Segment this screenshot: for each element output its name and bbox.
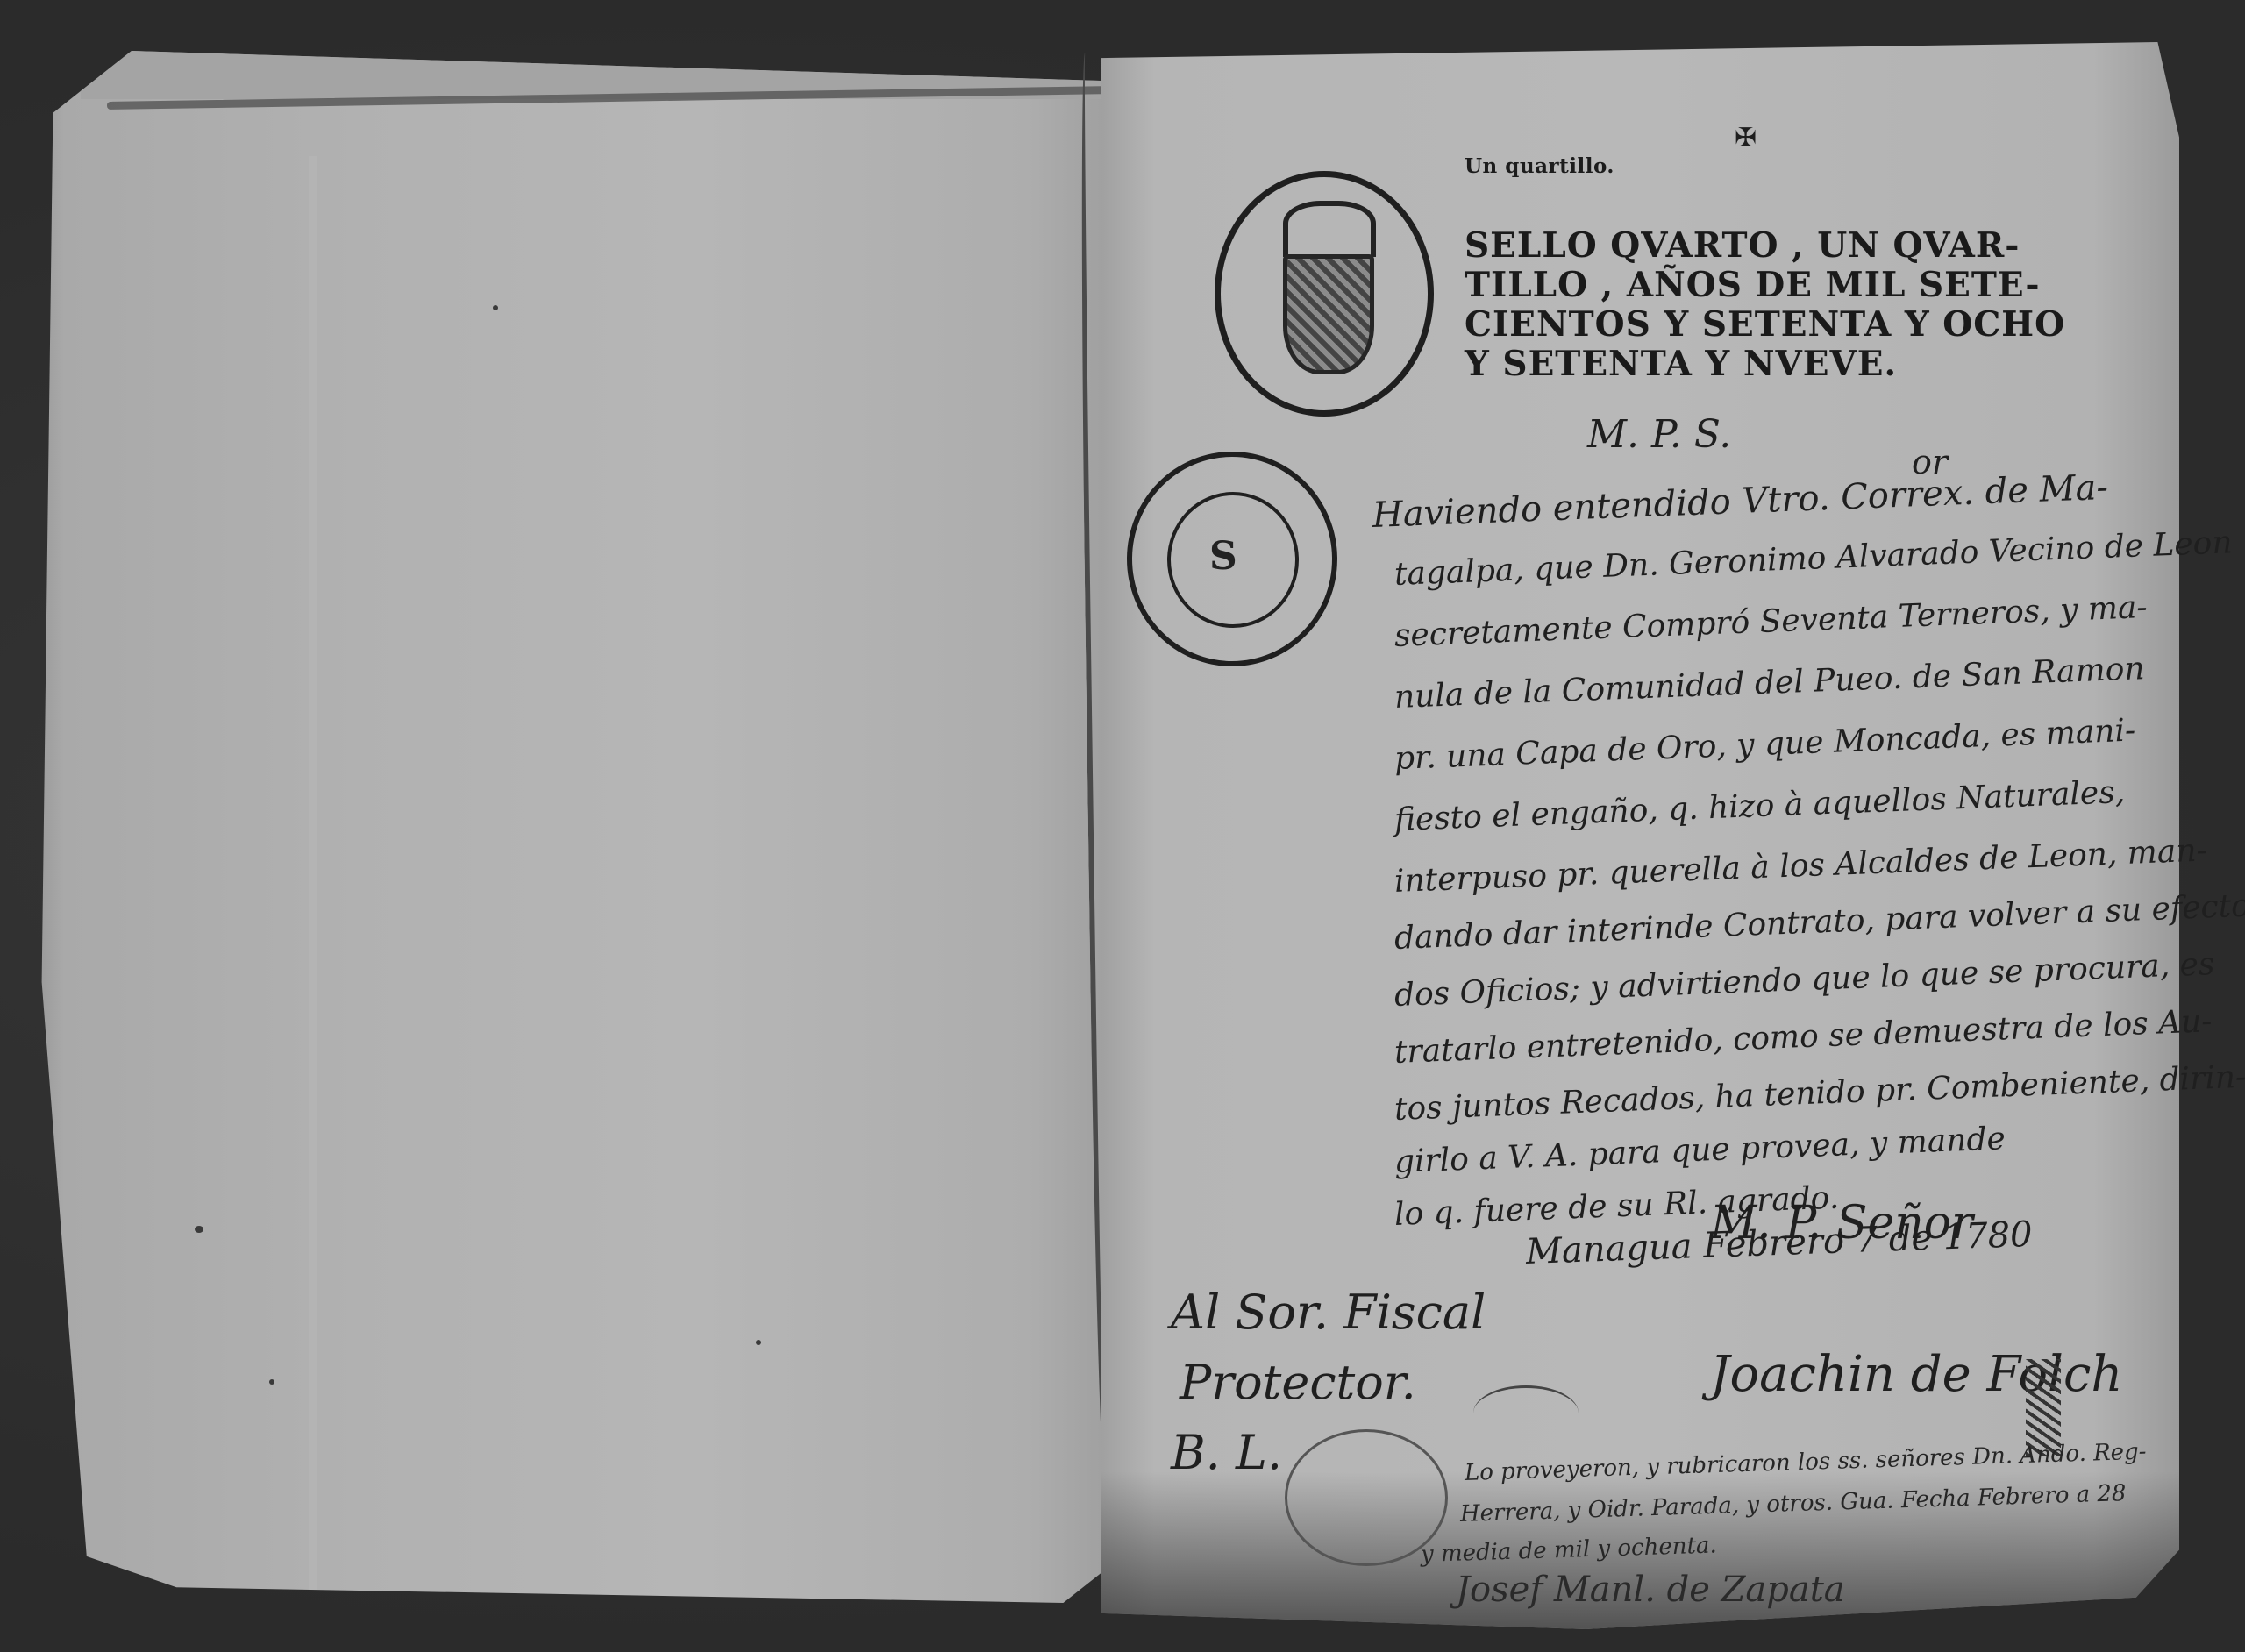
stamp-line: CIENTOS Y SETENTA Y OCHO <box>1465 305 2131 345</box>
stamp-line: SELLO QVARTO , UN QVAR- <box>1465 226 2131 266</box>
habilitation-seal-center: S <box>1209 534 1237 579</box>
crown-icon <box>1283 201 1376 258</box>
left-page-crease <box>309 156 317 1594</box>
margin-rubric: B. L. <box>1171 1425 1282 1480</box>
stamp-line: Y SETENTA Y NVEVE. <box>1465 345 2131 384</box>
stamp-heading: Un quartillo. <box>1465 154 1921 178</box>
ink-speck <box>195 1226 203 1233</box>
decree-signature: Josef Manl. de Zapata <box>1456 1570 1845 1610</box>
habilitation-seal: S <box>1127 452 1337 666</box>
ink-speck <box>493 305 498 310</box>
margin-note-line: Al Sor. Fiscal <box>1171 1285 1486 1340</box>
ink-speck <box>756 1340 761 1345</box>
rubric-stroke <box>1473 1385 1579 1441</box>
ink-speck <box>269 1379 274 1385</box>
stamp-cross-icon: ✠ <box>1735 123 1757 153</box>
coat-of-arms-icon <box>1283 254 1374 375</box>
stamp-line: TILLO , AÑOS DE MIL SETE- <box>1465 266 2131 305</box>
royal-seal <box>1215 171 1434 417</box>
stamped-paper-legend: SELLO QVARTO , UN QVAR- TILLO , AÑOS DE … <box>1465 226 2131 384</box>
salutation: M. P. S. <box>1587 412 1731 457</box>
left-page-blank <box>19 51 1142 1603</box>
closing-salutation: M. P. Señor <box>1710 1197 1973 1250</box>
margin-note-line: Protector. <box>1180 1355 1416 1410</box>
